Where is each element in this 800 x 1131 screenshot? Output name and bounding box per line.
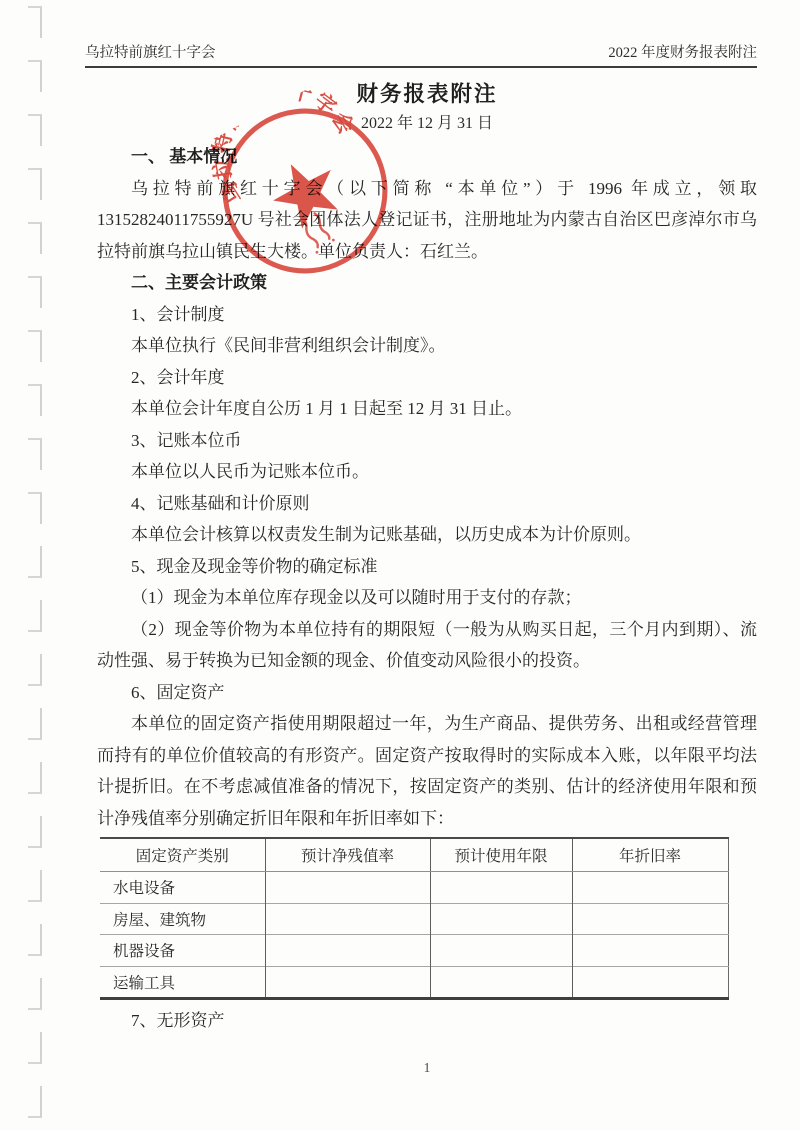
text-line: 5、现金及现金等价物的确定标准	[97, 551, 757, 583]
text-line: 拉特前旗乌拉山镇民生大楼。单位负责人：石红兰。	[97, 236, 757, 268]
text-block-after-table: 7、无形资产	[97, 1005, 757, 1037]
text-line: 2、会计年度	[97, 362, 757, 394]
table-header-row: 固定资产类别预计净残值率预计使用年限年折旧率	[100, 838, 728, 872]
table-cell	[430, 966, 572, 999]
table-cell	[572, 935, 728, 967]
scan-artifact-mark	[28, 924, 42, 956]
table-cell	[265, 966, 430, 999]
scan-artifact-mark	[28, 1086, 42, 1118]
text-block-main: 一、 基本情况乌拉特前旗红十字会（以下简称 “本单位”）于 1996 年成立，领…	[97, 141, 757, 834]
text-line: 计净残值率分别确定折旧年限和年折旧率如下：	[97, 803, 757, 835]
scan-artifact-mark	[28, 654, 42, 686]
text-line: 计提折旧。在不考虑减值准备的情况下，按固定资产的类别、估计的经济使用年限和预	[97, 771, 757, 803]
text-line: 7、无形资产	[97, 1005, 757, 1037]
table-row: 水电设备	[100, 872, 728, 904]
text-line: 本单位会计核算以权责发生制为记账基础，以历史成本为计价原则。	[97, 519, 757, 551]
text-line: （2）现金等价物为本单位持有的期限短（一般为从购买日起，三个月内到期）、流	[97, 614, 757, 646]
table-cell	[572, 872, 728, 904]
header-org-name: 乌拉特前旗红十字会	[85, 41, 216, 62]
table-cell	[265, 935, 430, 967]
table-column-header: 预计净残值率	[265, 838, 430, 872]
scan-artifact-mark	[28, 708, 42, 740]
text-line: 动性强、易于转换为已知金额的现金、价值变动风险很小的投资。	[97, 645, 757, 677]
table-cell: 机器设备	[100, 935, 265, 967]
scan-artifact-mark	[28, 492, 42, 524]
document-body: 财务报表附注 2022 年 12 月 31 日 一、 基本情况乌拉特前旗红十字会…	[97, 77, 757, 1077]
scan-artifact-mark	[28, 600, 42, 632]
text-line: 本单位的固定资产指使用期限超过一年，为生产商品、提供劳务、出租或经营管理	[97, 708, 757, 740]
text-line: 4、记账基础和计价原则	[97, 488, 757, 520]
table-cell	[572, 903, 728, 935]
table-column-header: 固定资产类别	[100, 838, 265, 872]
table-cell	[430, 903, 572, 935]
scan-artifact-mark	[28, 222, 42, 254]
text-line: 乌拉特前旗红十字会（以下简称 “本单位”）于 1996 年成立，领取	[97, 173, 757, 205]
scanned-document-page: 乌拉特前旗红十字会 2022 年度财务报表附注 财务报表附注 2022 年 12…	[0, 0, 800, 1131]
scan-artifact-mark	[28, 1032, 42, 1064]
scan-artifact-mark	[28, 762, 42, 794]
text-line: 一、 基本情况	[97, 141, 757, 173]
text-line: 而持有的单位价值较高的有形资产。固定资产按取得时的实际成本入账，以年限平均法	[97, 740, 757, 772]
scan-artifact-mark	[28, 168, 42, 200]
table-cell	[572, 966, 728, 999]
text-line: 13152824011755927U 号社会团体法人登记证书，注册地址为内蒙古自…	[97, 204, 757, 236]
text-line: 二、主要会计政策	[97, 267, 757, 299]
text-line: （1）现金为本单位库存现金以及可以随时用于支付的存款；	[97, 582, 757, 614]
scan-artifact-mark	[28, 816, 42, 848]
table-cell	[265, 903, 430, 935]
table-cell: 运输工具	[100, 966, 265, 999]
text-line: 本单位会计年度自公历 1 月 1 日起至 12 月 31 日止。	[97, 393, 757, 425]
scan-edge-artifacts	[0, 0, 60, 1131]
table-column-header: 年折旧率	[572, 838, 728, 872]
table-cell	[430, 872, 572, 904]
text-line: 本单位执行《民间非营利组织会计制度》。	[97, 330, 757, 362]
page-title: 财务报表附注	[97, 77, 757, 111]
text-line: 3、记账本位币	[97, 425, 757, 457]
fixed-assets-table: 固定资产类别预计净残值率预计使用年限年折旧率 水电设备房屋、建筑物机器设备运输工…	[100, 837, 729, 1000]
page-number: 1	[97, 1059, 757, 1077]
table-row: 运输工具	[100, 966, 728, 999]
table-column-header: 预计使用年限	[430, 838, 572, 872]
running-header: 乌拉特前旗红十字会 2022 年度财务报表附注	[85, 32, 757, 68]
scan-artifact-mark	[28, 6, 42, 38]
table-cell	[265, 872, 430, 904]
table-cell: 水电设备	[100, 872, 265, 904]
table-row: 房屋、建筑物	[100, 903, 728, 935]
header-report-name: 2022 年度财务报表附注	[608, 41, 757, 62]
scan-artifact-mark	[28, 546, 42, 578]
table-cell	[430, 935, 572, 967]
scan-artifact-mark	[28, 384, 42, 416]
scan-artifact-mark	[28, 60, 42, 92]
scan-artifact-mark	[28, 438, 42, 470]
table-row: 机器设备	[100, 935, 728, 967]
scan-artifact-mark	[28, 330, 42, 362]
scan-artifact-mark	[28, 870, 42, 902]
statement-date: 2022 年 12 月 31 日	[97, 111, 757, 137]
text-line: 本单位以人民币为记账本位币。	[97, 456, 757, 488]
text-line: 1、会计制度	[97, 299, 757, 331]
scan-artifact-mark	[28, 978, 42, 1010]
scan-artifact-mark	[28, 114, 42, 146]
table-cell: 房屋、建筑物	[100, 903, 265, 935]
text-line: 6、固定资产	[97, 677, 757, 709]
scan-artifact-mark	[28, 276, 42, 308]
